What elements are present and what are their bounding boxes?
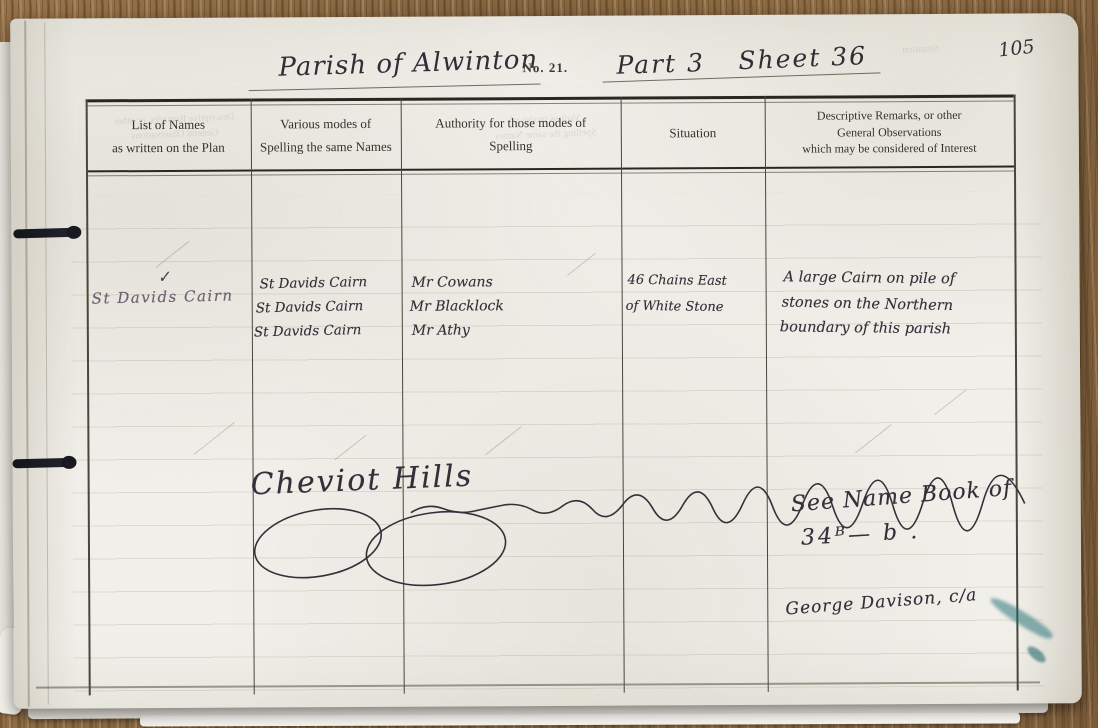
- header-line: Descriptive Remarks, or other: [817, 109, 962, 122]
- cell-authority: Mr Athy: [412, 322, 470, 338]
- pencil-mark: [156, 241, 190, 268]
- cell-plan-name: St Davids Cairn: [91, 286, 233, 307]
- column-header-list-of-names: List of Names as written on the Plan: [86, 106, 251, 167]
- checkmark-icon: ✓: [156, 267, 171, 287]
- column-header-descriptive-remarks: Descriptive Remarks, or other General Ob…: [765, 102, 1014, 163]
- pencil-mark: [194, 422, 235, 455]
- cell-situation: of White Stone: [626, 299, 724, 315]
- cell-remarks: A large Cairn on pile of: [783, 269, 955, 287]
- pencil-mark: [334, 435, 366, 461]
- page-fold-crease: [24, 21, 30, 707]
- column-header-spelling-modes: Various modes of Spelling the same Names: [251, 105, 401, 166]
- printed-number-label: No. 21.: [522, 60, 568, 76]
- header-line: Authority for those modes of: [435, 116, 586, 130]
- bleedthrough-text: Situation: [860, 40, 981, 60]
- part-label: Part 3: [616, 48, 705, 80]
- column-divider: [251, 99, 255, 695]
- page-fold-crease: [44, 23, 49, 705]
- header-line: Situation: [669, 126, 716, 140]
- header-line: Spelling: [489, 139, 532, 153]
- pencil-mark: [855, 424, 892, 453]
- cell-authority: Mr Blacklock: [410, 298, 504, 314]
- cell-spelling: St Davids Cairn: [256, 298, 364, 316]
- name-book-page: Parish of Alwinton No. 21. Part 3 Sheet …: [10, 13, 1082, 709]
- cell-spelling: St Davids Cairn: [259, 274, 367, 292]
- page-number: 105: [997, 36, 1035, 62]
- column-divider: [765, 96, 769, 692]
- table-left-border: [86, 99, 91, 695]
- header-line: Spelling the same Names: [260, 139, 392, 153]
- photo-of-name-book-page: { "header": { "parish": "Parish of Alwin…: [0, 0, 1098, 728]
- parish-title: Parish of Alwinton: [278, 45, 539, 83]
- column-divider: [621, 97, 625, 693]
- cell-spelling: St Davids Cairn: [254, 322, 362, 340]
- ruled-lines: [71, 191, 1044, 696]
- header-line: General Observations: [837, 126, 941, 139]
- header-line: which may be considered of Interest: [802, 142, 976, 156]
- header-line: List of Names: [131, 118, 205, 132]
- binding-thread: [12, 458, 70, 469]
- bleedthrough-line: Situation: [860, 40, 981, 60]
- pencil-mark: [567, 253, 596, 276]
- cell-situation: 46 Chains East: [627, 273, 726, 289]
- cell-remarks: boundary of this parish: [780, 319, 951, 337]
- sheet-label: Sheet 36: [738, 41, 868, 75]
- binding-thread: [13, 228, 75, 239]
- examiner-signature: George Davison, c/a: [785, 585, 978, 619]
- title-underline: [249, 83, 541, 91]
- header-line: Various modes of: [280, 117, 371, 131]
- column-divider: [401, 98, 405, 694]
- column-header-authority: Authority for those modes of Spelling: [401, 104, 621, 165]
- table-right-border: [1014, 95, 1019, 691]
- page-stack-edge: [140, 712, 1020, 726]
- cell-remarks: stones on the Northern: [782, 295, 954, 315]
- ink-smudge: [988, 593, 1056, 643]
- column-header-situation: Situation: [621, 103, 765, 164]
- pencil-mark: [485, 426, 522, 455]
- ink-smudge: [1025, 644, 1048, 666]
- header-line: as written on the Plan: [112, 140, 225, 154]
- pencil-mark: [934, 390, 966, 416]
- cell-authority: Mr Cowans: [412, 274, 493, 290]
